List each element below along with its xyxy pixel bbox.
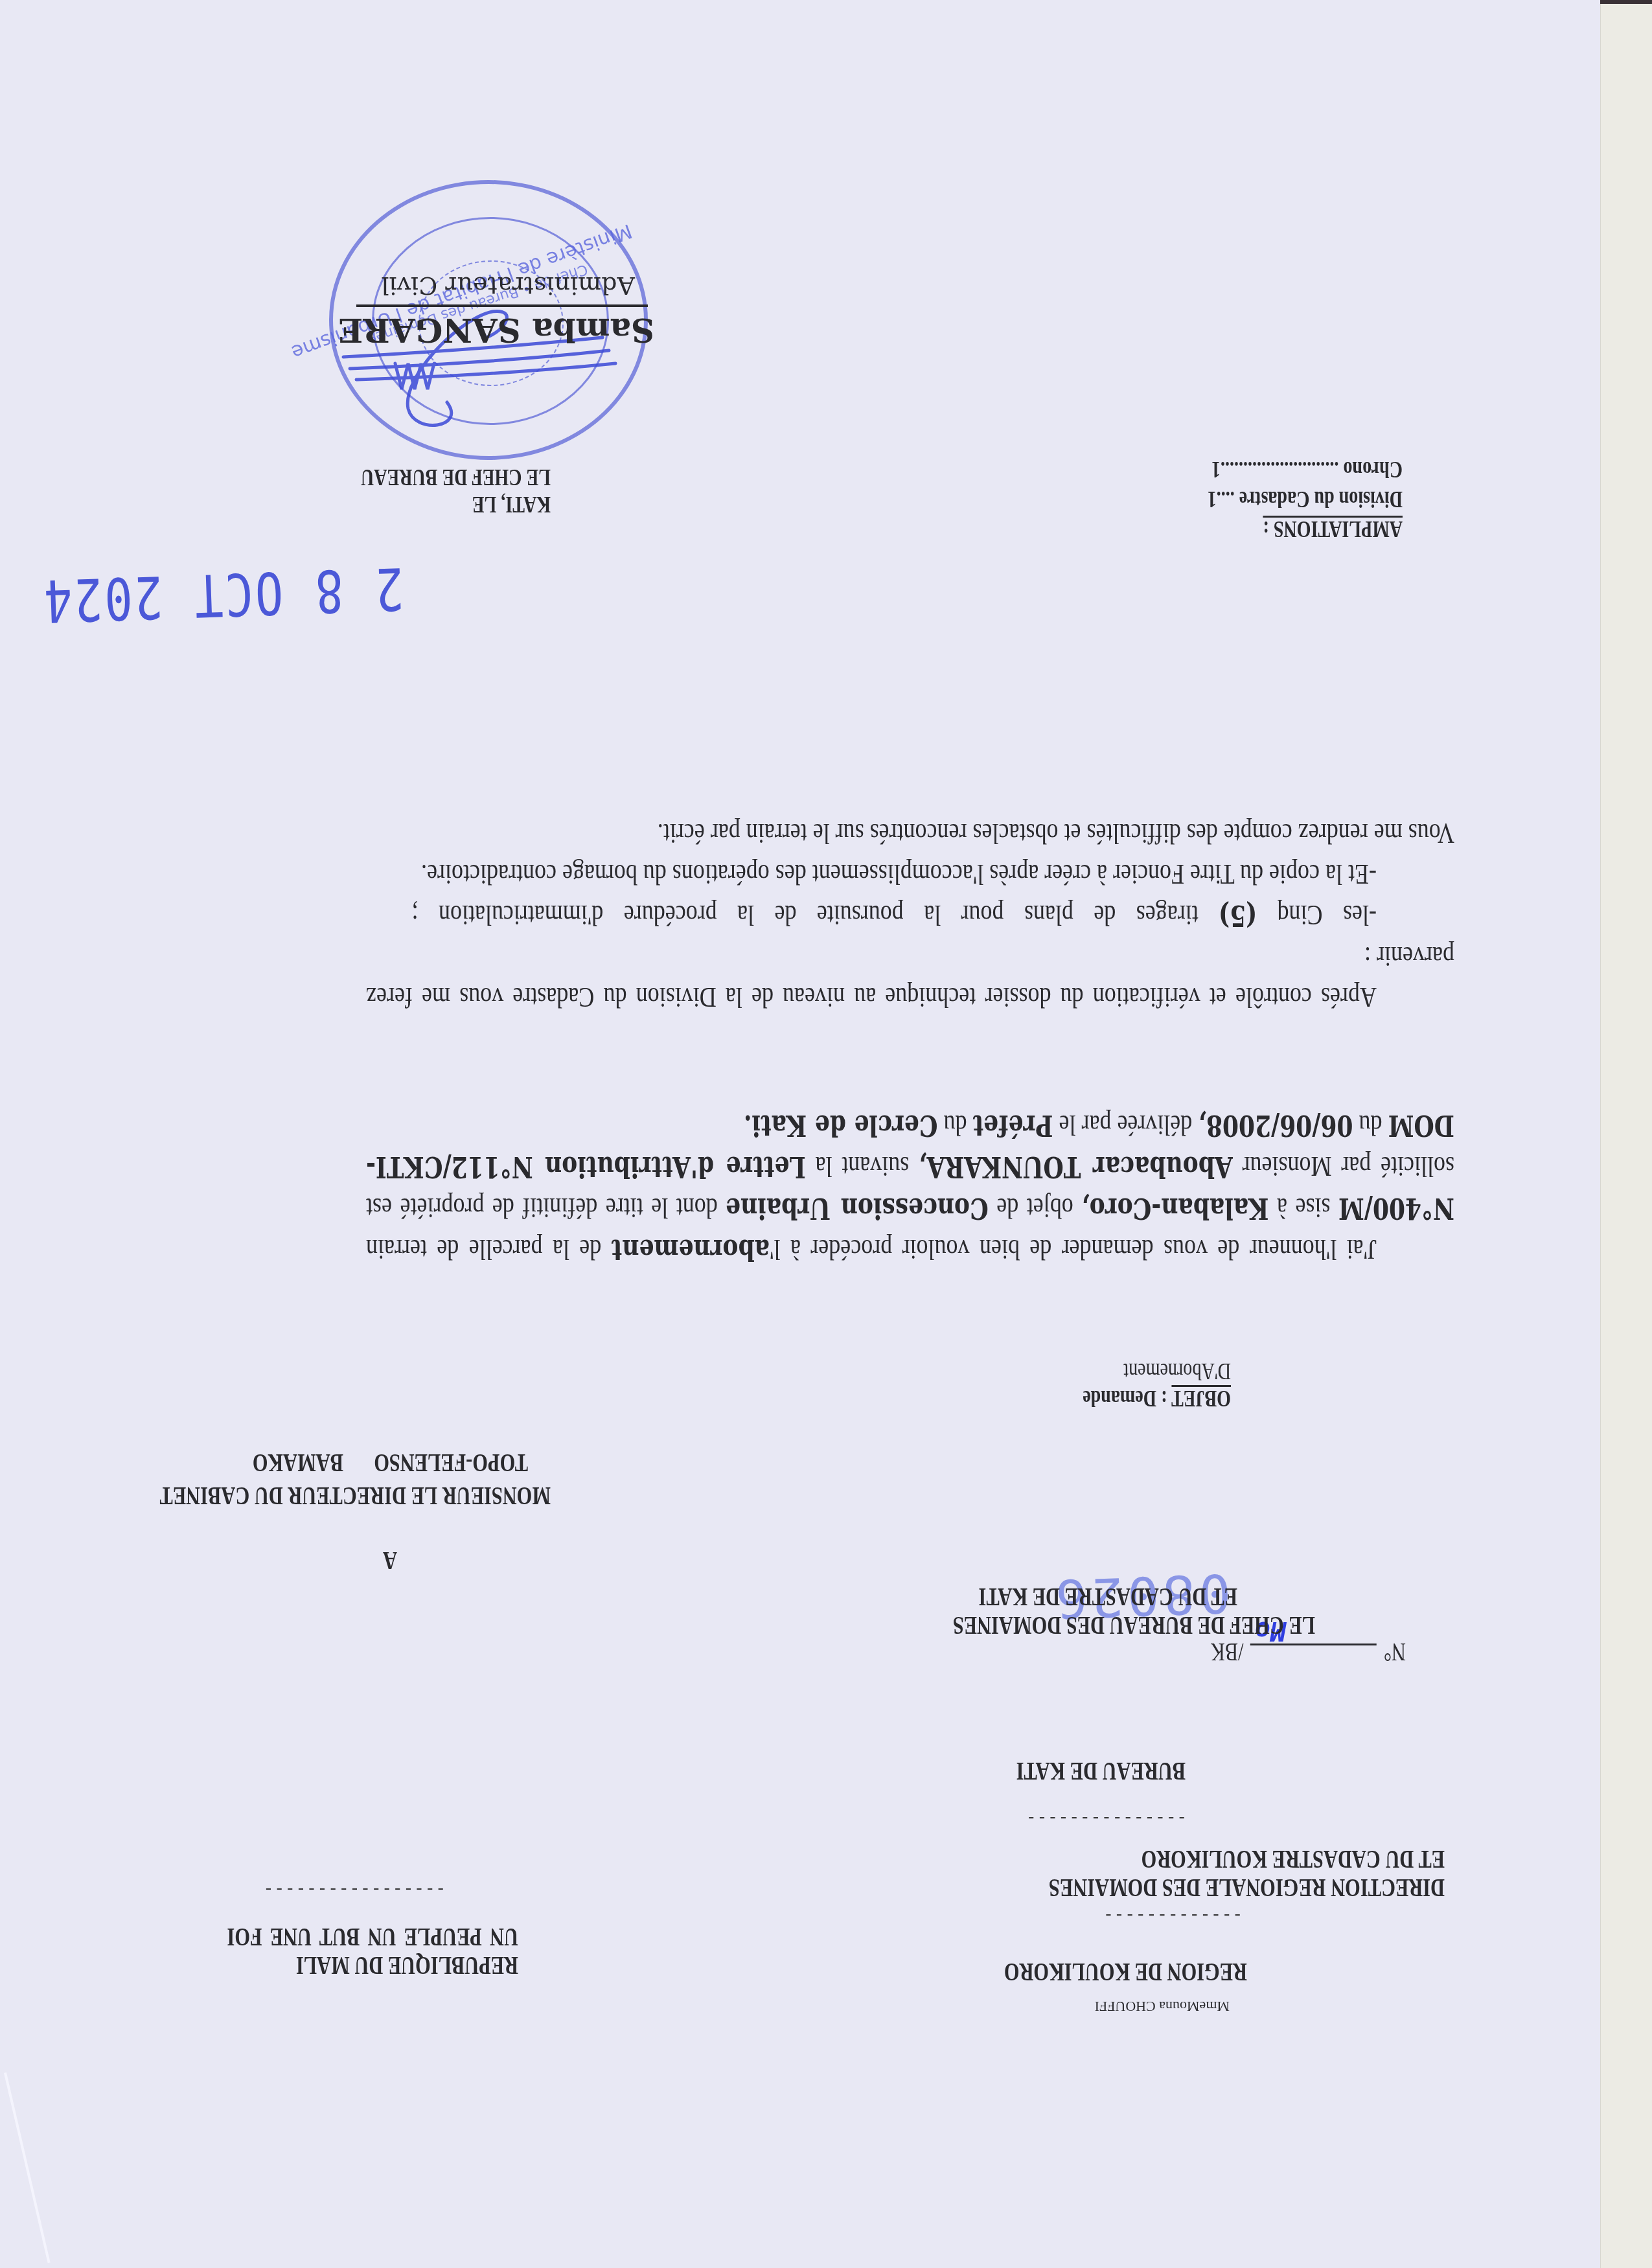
location-name: Kalaban-Coro, <box>1081 1191 1268 1226</box>
number-prefix: N° <box>1384 1638 1406 1666</box>
number-suffix: /BK <box>1211 1638 1244 1666</box>
body-text: de la parcelle de terrain <box>366 1233 612 1266</box>
body-text: Aprés contrôle et vérification du dossie… <box>366 936 1454 1018</box>
subject-line1: Demande <box>1083 1386 1156 1412</box>
signatory-name: Samba SANGARE <box>338 311 654 349</box>
signature-header: KATI, LE LE CHEF DE BUREAU <box>361 464 551 518</box>
body-text: tirages de plans pour la poursuite de la… <box>411 899 1219 932</box>
subject-label: OBJET <box>1171 1386 1231 1412</box>
list-item: -Et la copie du Titre Foncier à créer ap… <box>366 854 1454 895</box>
to-marker: A <box>383 1546 397 1574</box>
body-text: du <box>938 1109 973 1141</box>
direction-heading-line1: DIRECTION REGIONALE DES DOMAINES <box>1049 1873 1445 1901</box>
body-text: Vous me rendrez compte des difficultés e… <box>366 813 1454 854</box>
direction-heading-line2: ET DU CADASTRE KOULIKORO <box>1141 1844 1445 1873</box>
reference-number-line: N° /BK <box>1211 1637 1406 1666</box>
author-reference: MmeMouna CHOUFFI <box>1095 1998 1230 2015</box>
letter-body-paragraph-1: J'ai l'honneur de vous demander de bien … <box>366 1105 1454 1270</box>
separator: ------------- <box>1103 1905 1243 1925</box>
issuer-jurisdiction: Cercle de Kati. <box>744 1108 938 1143</box>
ampliation-item: Division du Cadastre ....1 <box>1208 485 1403 514</box>
ampliations-block: AMPLIATIONS : Division du Cadastre ....1… <box>1208 455 1403 544</box>
body-text: suivant la <box>806 1151 919 1183</box>
date-stamp: 2 8 OCT 2024 <box>41 554 405 634</box>
body-text: sise à <box>1269 1192 1338 1224</box>
recipient-line2: TOPO-FELENSO <box>374 1448 528 1476</box>
body-text: -les Cinq <box>1257 899 1377 932</box>
signatory-title: LE CHEF DE BUREAU <box>361 464 551 491</box>
ampliation-item: Chrono ..........................1 <box>1208 455 1403 485</box>
subject-block: OBJET : Demande D'Abornement <box>1083 1358 1231 1412</box>
body-text: délivrée par le <box>1053 1109 1198 1141</box>
signatory-rank: Administrateur Civil <box>381 271 635 300</box>
ampliation-label: Chrono <box>1343 457 1403 483</box>
subject-line2: D'Abornement <box>1083 1358 1231 1385</box>
list-item: -les Cinq (5) tirages de plans pour la p… <box>366 895 1454 936</box>
ampliation-leader: .......................... <box>1221 457 1344 483</box>
body-text: objet de <box>989 1192 1081 1224</box>
bureau-heading: BUREAU DE KATI <box>1016 1756 1186 1785</box>
ampliations-title: AMPLIATIONS : <box>1208 514 1403 544</box>
region-heading: REGION DE KOULIKORO <box>1004 1957 1247 1986</box>
parcel-number: N°400/M <box>1338 1191 1454 1226</box>
national-motto: UN PEUPLE UN BUT UNE FOI <box>227 1922 518 1951</box>
ampliation-leader: .... <box>1217 487 1239 512</box>
recipient-line3: BAMAKO <box>253 1448 343 1476</box>
letter-body-paragraph-2: Aprés contrôle et vérification du dossie… <box>366 813 1454 1018</box>
concession-type: Concession Urbaine <box>726 1191 989 1226</box>
sender-line2: ET DU CADASTRE DE KATI <box>979 1582 1237 1610</box>
recipient-line1: MONSIEUR LE DIRECTEUR DU CABINET <box>160 1481 551 1509</box>
body-emphasis: abornement <box>612 1233 770 1267</box>
separator: ----------------- <box>263 1879 446 1899</box>
ampliation-count: 1 <box>1211 457 1221 483</box>
copies-count: (5) <box>1219 899 1257 933</box>
signature-rule <box>356 304 648 307</box>
ampliation-count: 1 <box>1208 487 1217 512</box>
letter-page: MmeMouna CHOUFFI REGION DE KOULIKORO ---… <box>0 0 1652 2268</box>
place-date: KATI, LE <box>361 491 551 518</box>
body-text: du <box>1353 1109 1388 1141</box>
country-heading: REPUBLIQUE DU MALI <box>296 1951 518 1979</box>
sender-line1: LE CHEF DE BUREAU DES DOMAINES <box>953 1610 1315 1639</box>
attribution-date: 06/06/2008, <box>1198 1108 1353 1143</box>
issuer-title: Préfet <box>973 1108 1053 1143</box>
subject-colon: : <box>1156 1386 1171 1412</box>
ampliation-label: Division du Cadastre <box>1239 487 1403 512</box>
body-text: J'ai l'honneur de vous demander de bien … <box>770 1233 1377 1266</box>
separator: --------------- <box>1026 1808 1187 1827</box>
applicant-name: Aboubacar TOUNKARA, <box>919 1150 1233 1184</box>
